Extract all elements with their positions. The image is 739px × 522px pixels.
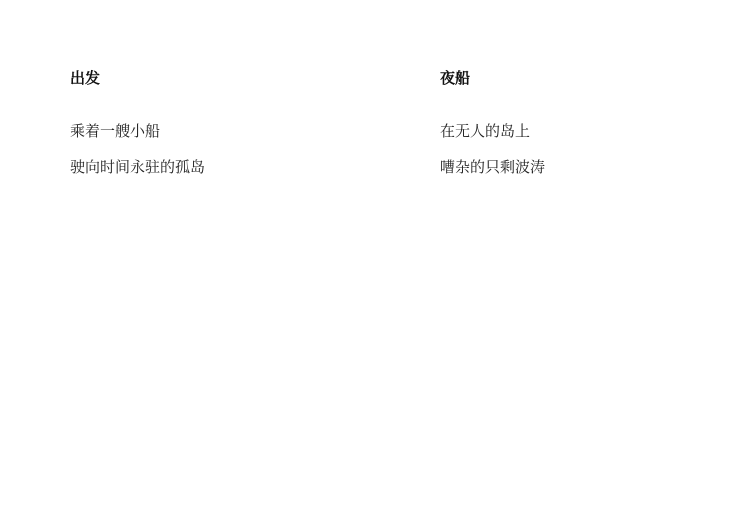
poem-line: 嘈杂的只剩波涛 xyxy=(440,157,545,177)
poem-line: 在无人的岛上 xyxy=(440,121,545,141)
poem-title: 夜船 xyxy=(440,68,545,88)
poem-title: 出发 xyxy=(70,68,205,88)
poem-night-boat: 夜船 在无人的岛上 嘈杂的只剩波涛 xyxy=(440,68,545,193)
poem-departure: 出发 乘着一艘小船 驶向时间永驻的孤岛 xyxy=(70,68,205,193)
poem-line: 乘着一艘小船 xyxy=(70,121,205,141)
poem-line: 驶向时间永驻的孤岛 xyxy=(70,157,205,177)
